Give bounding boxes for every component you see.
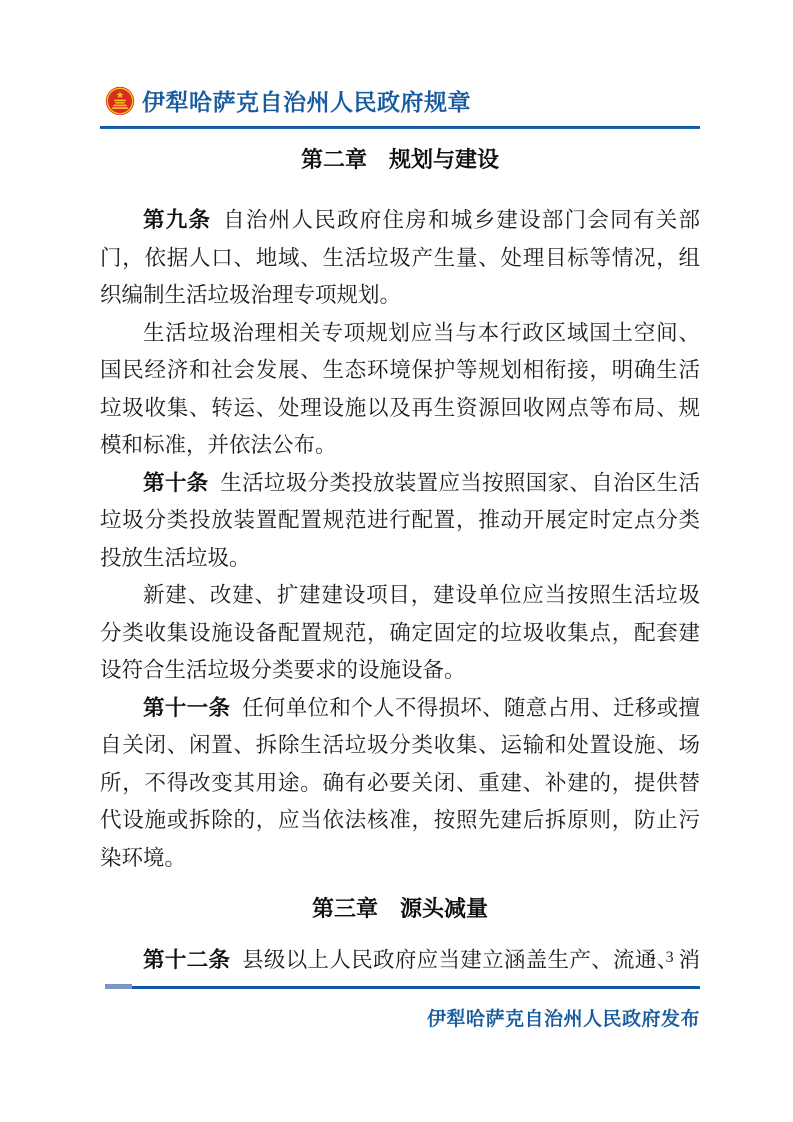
article-number: 第十二条 bbox=[143, 948, 230, 972]
footer-publisher: 伊犁哈萨克自治州人民政府发布 bbox=[105, 1004, 700, 1031]
article-number: 第九条 bbox=[143, 208, 211, 232]
national-emblem-icon bbox=[105, 86, 135, 116]
article-paragraph: 第十二条县级以上人民政府应当建立涵盖生产、流通、消 bbox=[100, 942, 700, 980]
paragraph-text: 新建、改建、扩建建设项目，建设单位应当按照生活垃圾分类收集设施设备配置规范，确定… bbox=[100, 583, 700, 682]
body-paragraph: 新建、改建、扩建建设项目，建设单位应当按照生活垃圾分类收集设施设备配置规范，确定… bbox=[100, 577, 700, 690]
body-paragraph: 生活垃圾治理相关专项规划应当与本行政区域国土空间、国民经济和社会发展、生态环境保… bbox=[100, 315, 700, 465]
page-footer: 伊犁哈萨克自治州人民政府发布 bbox=[105, 986, 700, 1031]
article-paragraph: 第九条自治州人民政府住房和城乡建设部门会同有关部门，依据人口、地域、生活垃圾产生… bbox=[100, 202, 700, 315]
masthead: 伊犁哈萨克自治州人民政府规章 bbox=[100, 84, 700, 117]
chapter-heading: 第三章 源头减量 bbox=[100, 892, 700, 926]
header-rule bbox=[100, 126, 700, 129]
article-text: 县级以上人民政府应当建立涵盖生产、流通、消 bbox=[242, 948, 700, 972]
article-number: 第十一条 bbox=[143, 696, 230, 720]
chapter-heading: 第二章 规划与建设 bbox=[100, 143, 700, 177]
page-number: - 3 - bbox=[650, 949, 692, 967]
masthead-title: 伊犁哈萨克自治州人民政府规章 bbox=[142, 84, 471, 117]
article-number: 第十条 bbox=[143, 471, 208, 495]
footer-rule-cap bbox=[105, 984, 132, 989]
footer-rule bbox=[105, 986, 700, 989]
paragraph-text: 生活垃圾治理相关专项规划应当与本行政区域国土空间、国民经济和社会发展、生态环境保… bbox=[100, 321, 700, 458]
article-paragraph: 第十条生活垃圾分类投放装置应当按照国家、自治区生活垃圾分类投放装置配置规范进行配… bbox=[100, 465, 700, 578]
article-paragraph: 第十一条任何单位和个人不得损坏、随意占用、迁移或擅自关闭、闲置、拆除生活垃圾分类… bbox=[100, 690, 700, 878]
page-content: 伊犁哈萨克自治州人民政府规章 第二章 规划与建设 第九条自治州人民政府住房和城乡… bbox=[0, 0, 793, 980]
article-text: 任何单位和个人不得损坏、随意占用、迁移或擅自关闭、闲置、拆除生活垃圾分类收集、运… bbox=[100, 696, 700, 870]
document-page: 伊犁哈萨克自治州人民政府规章 第二章 规划与建设 第九条自治州人民政府住房和城乡… bbox=[0, 0, 793, 1122]
